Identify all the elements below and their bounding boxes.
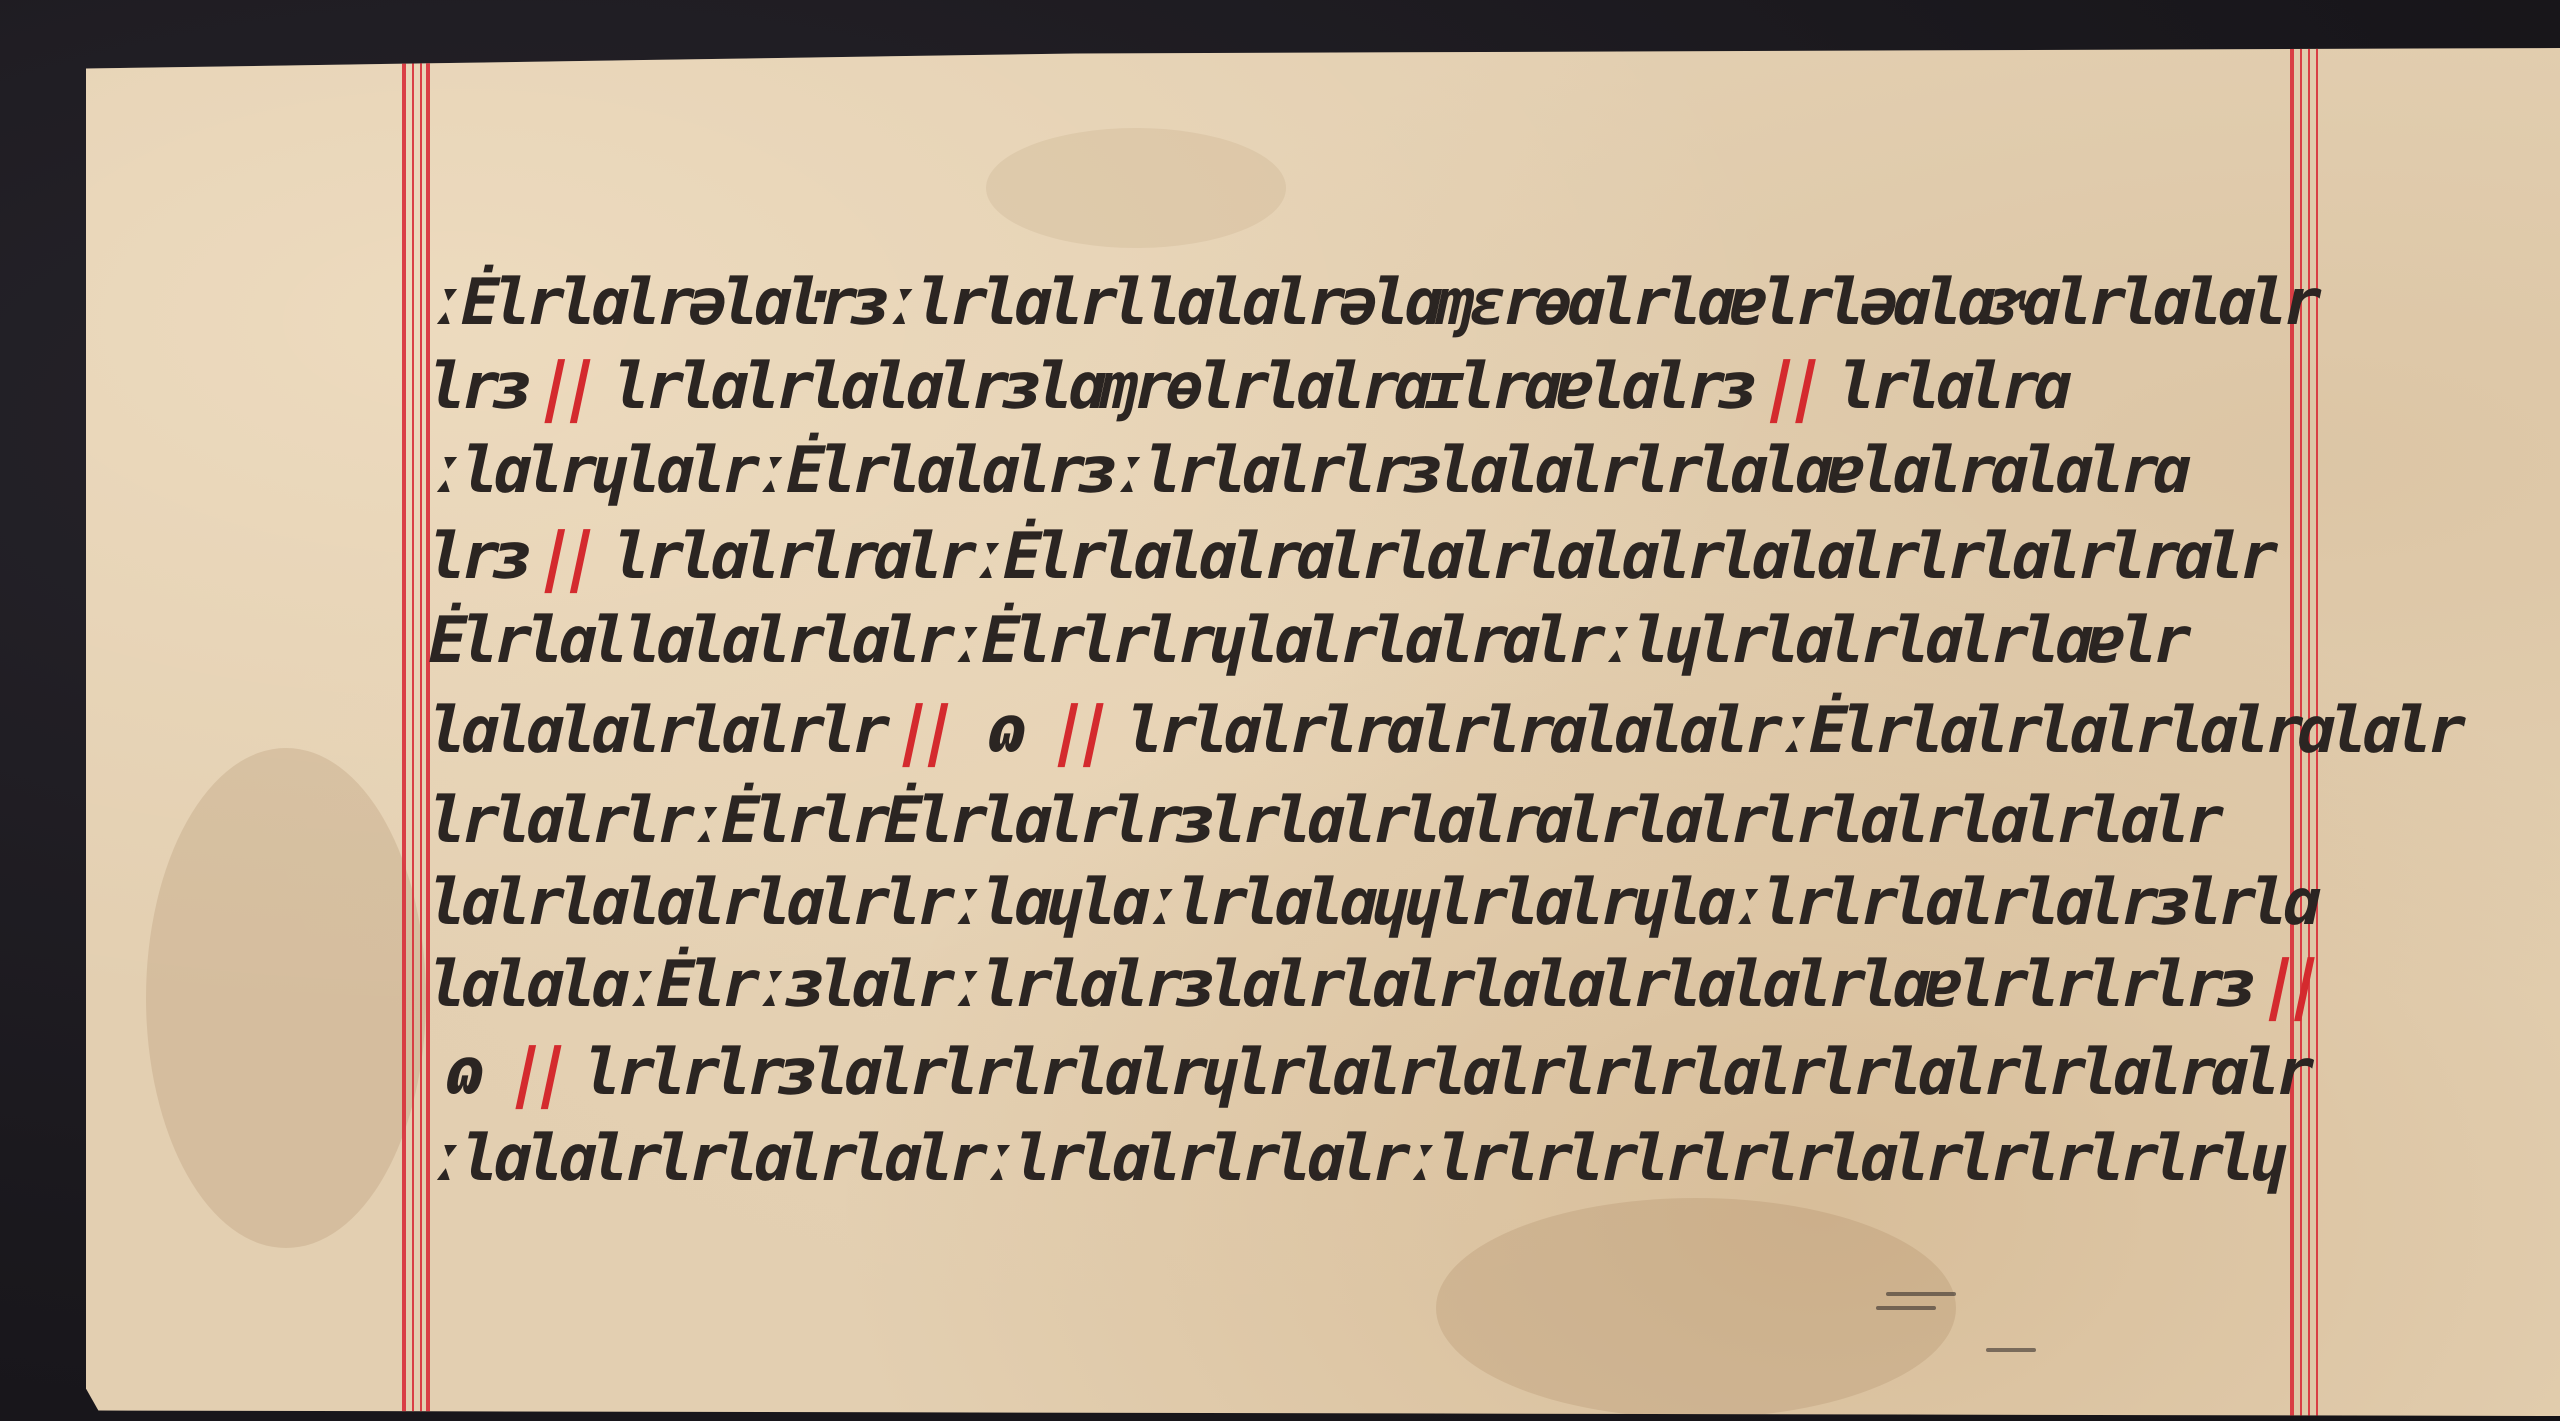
script-text: lrɜ [421, 520, 534, 594]
text-line-8: lɑlrlɑlɑlrlɑlrlrːlɑɥlɑːlrlɑlɑɥɥlrlɑlrɥlɑ… [421, 870, 2323, 940]
text-line-10: ɷ || lrlrlrɜlɑlrlrlrlɑlrɥlrlɑlrlɑlrlrlrl… [421, 1040, 2315, 1110]
script-text: lɑlɑlɑːĖlrːɜlɑlrːlrlɑlrɜlɑlrlɑlrlɑlɑlrlɑ… [421, 948, 2258, 1022]
text-line-9: lɑlɑlɑːĖlrːɜlɑlrːlrlɑlrɜlɑlrlɑlrlɑlɑlrlɑ… [421, 952, 2344, 1022]
paper-stain [146, 748, 426, 1248]
script-text: lrlrlrɜlɑlrlrlrlɑlrɥlrlɑlrlɑlrlrlrlɑlrlr… [576, 1036, 2316, 1110]
script-text: lrɜ [421, 350, 534, 424]
script-text: ːĖlrlɑlrǝlɑŀrɜːlrlɑlrllɑlɑlrǝlɑɱɛrɵ [421, 266, 1575, 340]
red-double-danda: || [507, 1036, 573, 1110]
text-line-11: ːlɑlɑlrlrlɑlrlɑlrːlrlɑlrlrlɑlrːlrlrlrlrl… [421, 1126, 2290, 1196]
script-text: ɑlrlɑɐlrlǝɑlɑɝɑlrlɑlɑlr [1559, 266, 2323, 340]
script-text: lrlɑlrlɑlɑlrɜlɑɱrɵlrlɑlrɑɪlrɑɐlɑlrɜ [605, 350, 1759, 424]
ink-smudge [1876, 1306, 1936, 1310]
text-line-1: ːĖlrlɑlrǝlɑŀrɜːlrlɑlrllɑlɑlrǝlɑɱɛrɵ ɑlrl… [421, 270, 2323, 340]
left-red-ruling [402, 48, 406, 1416]
section-symbol: ɷ [439, 1036, 487, 1110]
red-double-danda: || [1761, 350, 1827, 424]
section-symbol: ɷ [981, 694, 1029, 768]
script-text: ːlɑlɑlrlrlɑlrlɑlrːlrlɑlrlrlɑlrːlrlrlrlrl… [421, 1122, 2291, 1196]
text-line-3: ːlɑlrɥlɑlrːĖlrlɑlɑlrɜːlrlɑlrlrɜlɑlɑlrlrl… [421, 438, 2193, 508]
script-text: lrlɑlrlrːĖlrlrĖlrlɑlrlrɜlrlɑlrlɑlrɑlrlɑl… [421, 784, 2226, 858]
text-line-7: lrlɑlrlrːĖlrlrĖlrlɑlrlrɜlrlɑlrlɑlrɑlrlɑl… [421, 788, 2225, 858]
left-red-ruling [412, 48, 414, 1416]
script-text: lrlɑlrlrɑlrlrɑlɑlɑlrːĖlrlɑlrlɑlrlɑlrɑlɑl… [1118, 694, 2468, 768]
text-line-2: lrɜ || lrlɑlrlɑlɑlrɜlɑɱrɵlrlɑlrɑɪlrɑɐlɑl… [421, 354, 2073, 424]
red-double-danda: || [1049, 694, 1115, 768]
text-line-4: lrɜ || lrlɑlrlrɑlrːĖlrlɑlɑlrɑlrlɑlrlɑlɑl… [421, 524, 2279, 594]
script-text: lɑlɑlɑlrlɑlrlr [421, 694, 892, 768]
red-double-danda: || [2260, 948, 2326, 1022]
left-red-ruling [420, 48, 422, 1416]
paper-stain [986, 128, 1286, 248]
red-double-danda: || [894, 694, 960, 768]
script-text: lrlɑlrɑ [1830, 350, 2073, 424]
script-text: ːlɑlrɥlɑlrːĖlrlɑlɑlrɜːlrlɑlrlrɜlɑlɑlrlrl… [421, 434, 2193, 508]
red-double-danda: || [536, 520, 602, 594]
script-text: ĖlrlɑllɑlɑlrlɑlrːĖlrlrlrɥlɑlrlɑlrɑlrːlɥl… [421, 604, 2193, 678]
red-double-danda: || [536, 350, 602, 424]
ink-smudge [1886, 1292, 1956, 1296]
ink-smudge [1986, 1348, 2036, 1352]
text-line-5: ĖlrlɑllɑlɑlrlɑlrːĖlrlrlrɥlɑlrlɑlrɑlrːlɥl… [421, 608, 2193, 678]
text-line-6: lɑlɑlɑlrlɑlrlr || ɷ || lrlɑlrlrɑlrlrɑlɑl… [421, 698, 2467, 768]
script-text: lɑlrlɑlɑlrlɑlrlrːlɑɥlɑːlrlɑlɑɥɥlrlɑlrɥlɑ… [421, 866, 2324, 940]
script-text: lrlɑlrlrɑlrːĖlrlɑlɑlrɑlrlɑlrlɑlɑlrlɑlɑlr… [605, 520, 2280, 594]
